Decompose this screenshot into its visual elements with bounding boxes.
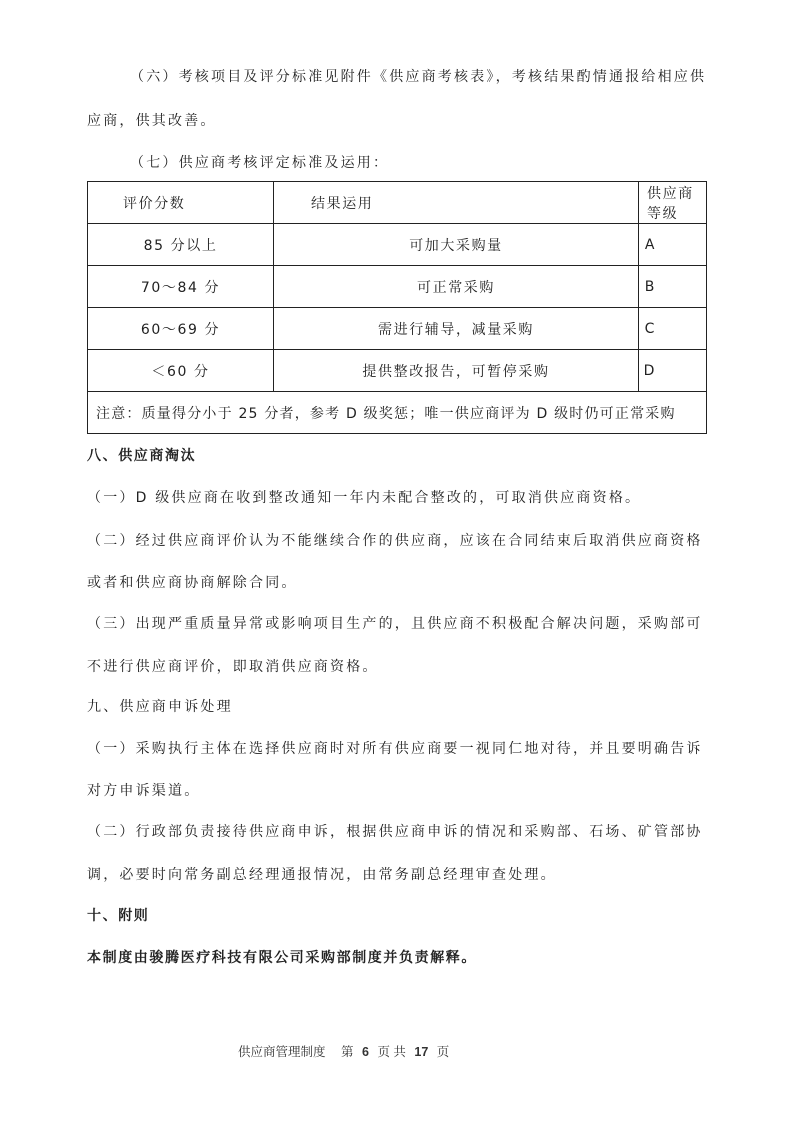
- footer-page-total: 17: [414, 1045, 428, 1059]
- header-usage: 结果运用: [274, 182, 639, 224]
- paragraph-item7: （七）供应商考核评定标准及运用：: [130, 153, 389, 173]
- section9-item1-line2: 对方申诉渠道。: [87, 781, 200, 801]
- section8-title: 八、供应商淘汰: [87, 446, 196, 466]
- paragraph-item6-line1: （六）考核项目及评分标准见附件《供应商考核表》，考核结果酌情通报给相应供: [130, 67, 706, 87]
- footer-page-mid: 页 共: [377, 1045, 405, 1059]
- cell-score: 70～84 分: [88, 266, 274, 308]
- cell-usage: 需进行辅导，减量采购: [274, 308, 639, 350]
- cell-grade: A: [639, 224, 707, 266]
- section10-title: 十、附则: [87, 906, 149, 926]
- cell-score: ＜60 分: [88, 350, 274, 392]
- section8-item3-line2: 不进行供应商评价，即取消供应商资格。: [87, 657, 379, 677]
- section9-item2-line2: 调，必要时向常务副总经理通报情况，由常务副总经理审查处理。: [87, 865, 557, 885]
- cell-score: 85 分以上: [88, 224, 274, 266]
- table-note-row: 注意：质量得分小于 25 分者，参考 D 级奖惩；唯一供应商评为 D 级时仍可正…: [88, 392, 707, 434]
- table-row: 85 分以上 可加大采购量 A: [88, 224, 707, 266]
- section8-item2-line2: 或者和供应商协商解除合同。: [87, 573, 298, 593]
- table-row: 70～84 分 可正常采购 B: [88, 266, 707, 308]
- grade-table: 评价分数 结果运用 供应商等级 85 分以上 可加大采购量 A 70～84 分 …: [87, 181, 707, 434]
- footer-page-prefix: 第: [341, 1045, 354, 1059]
- page-footer: 供应商管理制度 第 6 页 共 17 页: [238, 1042, 449, 1060]
- table-row: ＜60 分 提供整改报告，可暂停采购 D: [88, 350, 707, 392]
- header-score: 评价分数: [88, 182, 274, 224]
- cell-usage: 可正常采购: [274, 266, 639, 308]
- table-header-row: 评价分数 结果运用 供应商等级: [88, 182, 707, 224]
- paragraph-item6-line2: 应商，供其改善。: [87, 111, 217, 131]
- cell-grade: B: [639, 266, 707, 308]
- section8-item1: （一）D 级供应商在收到整改通知一年内未配合整改的，可取消供应商资格。: [87, 488, 641, 508]
- section8-item2-line1: （二）经过供应商评价认为不能继续合作的供应商，应该在合同结束后取消供应商资格: [87, 531, 703, 551]
- footer-doc-name: 供应商管理制度: [238, 1045, 326, 1059]
- cell-grade: C: [639, 308, 707, 350]
- cell-score: 60～69 分: [88, 308, 274, 350]
- section10-body: 本制度由骏腾医疗科技有限公司采购部制度并负责解释。: [87, 948, 477, 968]
- section9-title: 九、供应商申诉处理: [87, 697, 233, 717]
- header-grade: 供应商等级: [639, 182, 707, 224]
- cell-usage: 可加大采购量: [274, 224, 639, 266]
- table-note: 注意：质量得分小于 25 分者，参考 D 级奖惩；唯一供应商评为 D 级时仍可正…: [88, 392, 707, 434]
- footer-page-suffix: 页: [437, 1045, 450, 1059]
- footer-page-current: 6: [362, 1045, 369, 1059]
- table-row: 60～69 分 需进行辅导，减量采购 C: [88, 308, 707, 350]
- cell-usage: 提供整改报告，可暂停采购: [274, 350, 639, 392]
- section9-item2-line1: （二）行政部负责接待供应商申诉，根据供应商申诉的情况和采购部、石场、矿管部协: [87, 822, 703, 842]
- section9-item1-line1: （一）采购执行主体在选择供应商时对所有供应商要一视同仁地对待，并且要明确告诉: [87, 739, 703, 759]
- section8-item3-line1: （三）出现严重质量异常或影响项目生产的，且供应商不积极配合解决问题，采购部可: [87, 614, 703, 634]
- cell-grade: D: [639, 350, 707, 392]
